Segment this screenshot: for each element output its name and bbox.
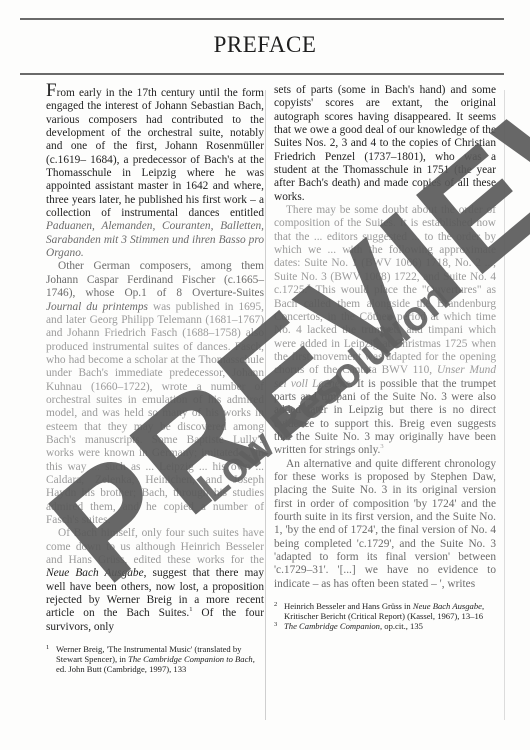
footnote-italic-title: The Cambridge Companion to Bach	[128, 654, 253, 664]
paragraph-italic-title: Paduanen, Alemanden, Couranten, Ballette…	[46, 220, 264, 259]
paragraph-text: rom early in the 17th century until the …	[46, 87, 264, 219]
footnote-italic-title: Neue Bach Ausgabe	[413, 601, 482, 611]
footnote-number: 2	[274, 600, 277, 610]
footnote-number: 3	[274, 620, 277, 630]
column-divider	[265, 90, 266, 720]
paragraph-text: This would place the "Ouvertures" as Bac…	[274, 284, 496, 376]
drop-cap: F	[46, 80, 57, 101]
header-rule-bottom	[20, 73, 504, 75]
paragraph-4: sets of parts (some in Bach's hand) and …	[274, 84, 496, 204]
footnote-3: 3The Cambridge Companion, op.cit., 135	[274, 621, 496, 631]
footnote-ref[interactable]: 3	[380, 444, 383, 451]
page-edge-line	[504, 90, 505, 720]
footnote-2: 2Heinrich Besseler and Hans Grüss in Neu…	[274, 601, 496, 621]
footnotes-left: 1Werner Breig, 'The Instrumental Music' …	[46, 644, 264, 674]
paragraph-text: sets of parts (some in Bach's hand) and …	[274, 84, 496, 203]
paragraph-text: Of Bach himself, only four such suites h…	[46, 527, 264, 566]
paragraph-text: Other German composers, among them Johan…	[46, 260, 264, 299]
footnote-number: 1	[46, 643, 49, 653]
document-page: PREFACE From early in the 17th century u…	[0, 0, 530, 750]
paragraph-3: Of Bach himself, only four such suites h…	[46, 527, 264, 634]
paragraph-text: was published in 1695, and later Georg P…	[46, 301, 264, 527]
right-column: sets of parts (some in Bach's hand) and …	[274, 84, 496, 631]
paragraph-1: From early in the 17th century until the…	[46, 84, 264, 260]
footnote-1: 1Werner Breig, 'The Instrumental Music' …	[46, 644, 264, 674]
paragraph-6: An alternative and quite different chron…	[274, 458, 496, 591]
header-rule-top	[20, 18, 504, 20]
left-column: From early in the 17th century until the…	[46, 84, 264, 674]
footnote-text: , op.cit., 135	[380, 621, 423, 631]
paragraph-italic-title: Neue Bach Ausgabe	[46, 567, 144, 579]
footnote-text: Heinrich Besseler and Hans Grüss in	[284, 601, 413, 611]
page-title: PREFACE	[0, 32, 530, 58]
paragraph-5: There may be some doubt about the order …	[274, 204, 496, 458]
footnotes-right: 2Heinrich Besseler and Hans Grüss in Neu…	[274, 601, 496, 631]
footnote-italic-title: The Cambridge Companion	[284, 621, 380, 631]
paragraph-text: An alternative and quite different chron…	[274, 458, 496, 590]
paragraph-italic-title: Journal du printemps	[46, 301, 148, 313]
paragraph-text: There may be some doubt about the order …	[274, 204, 496, 296]
paragraph-2: Other German composers, among them Johan…	[46, 260, 264, 527]
